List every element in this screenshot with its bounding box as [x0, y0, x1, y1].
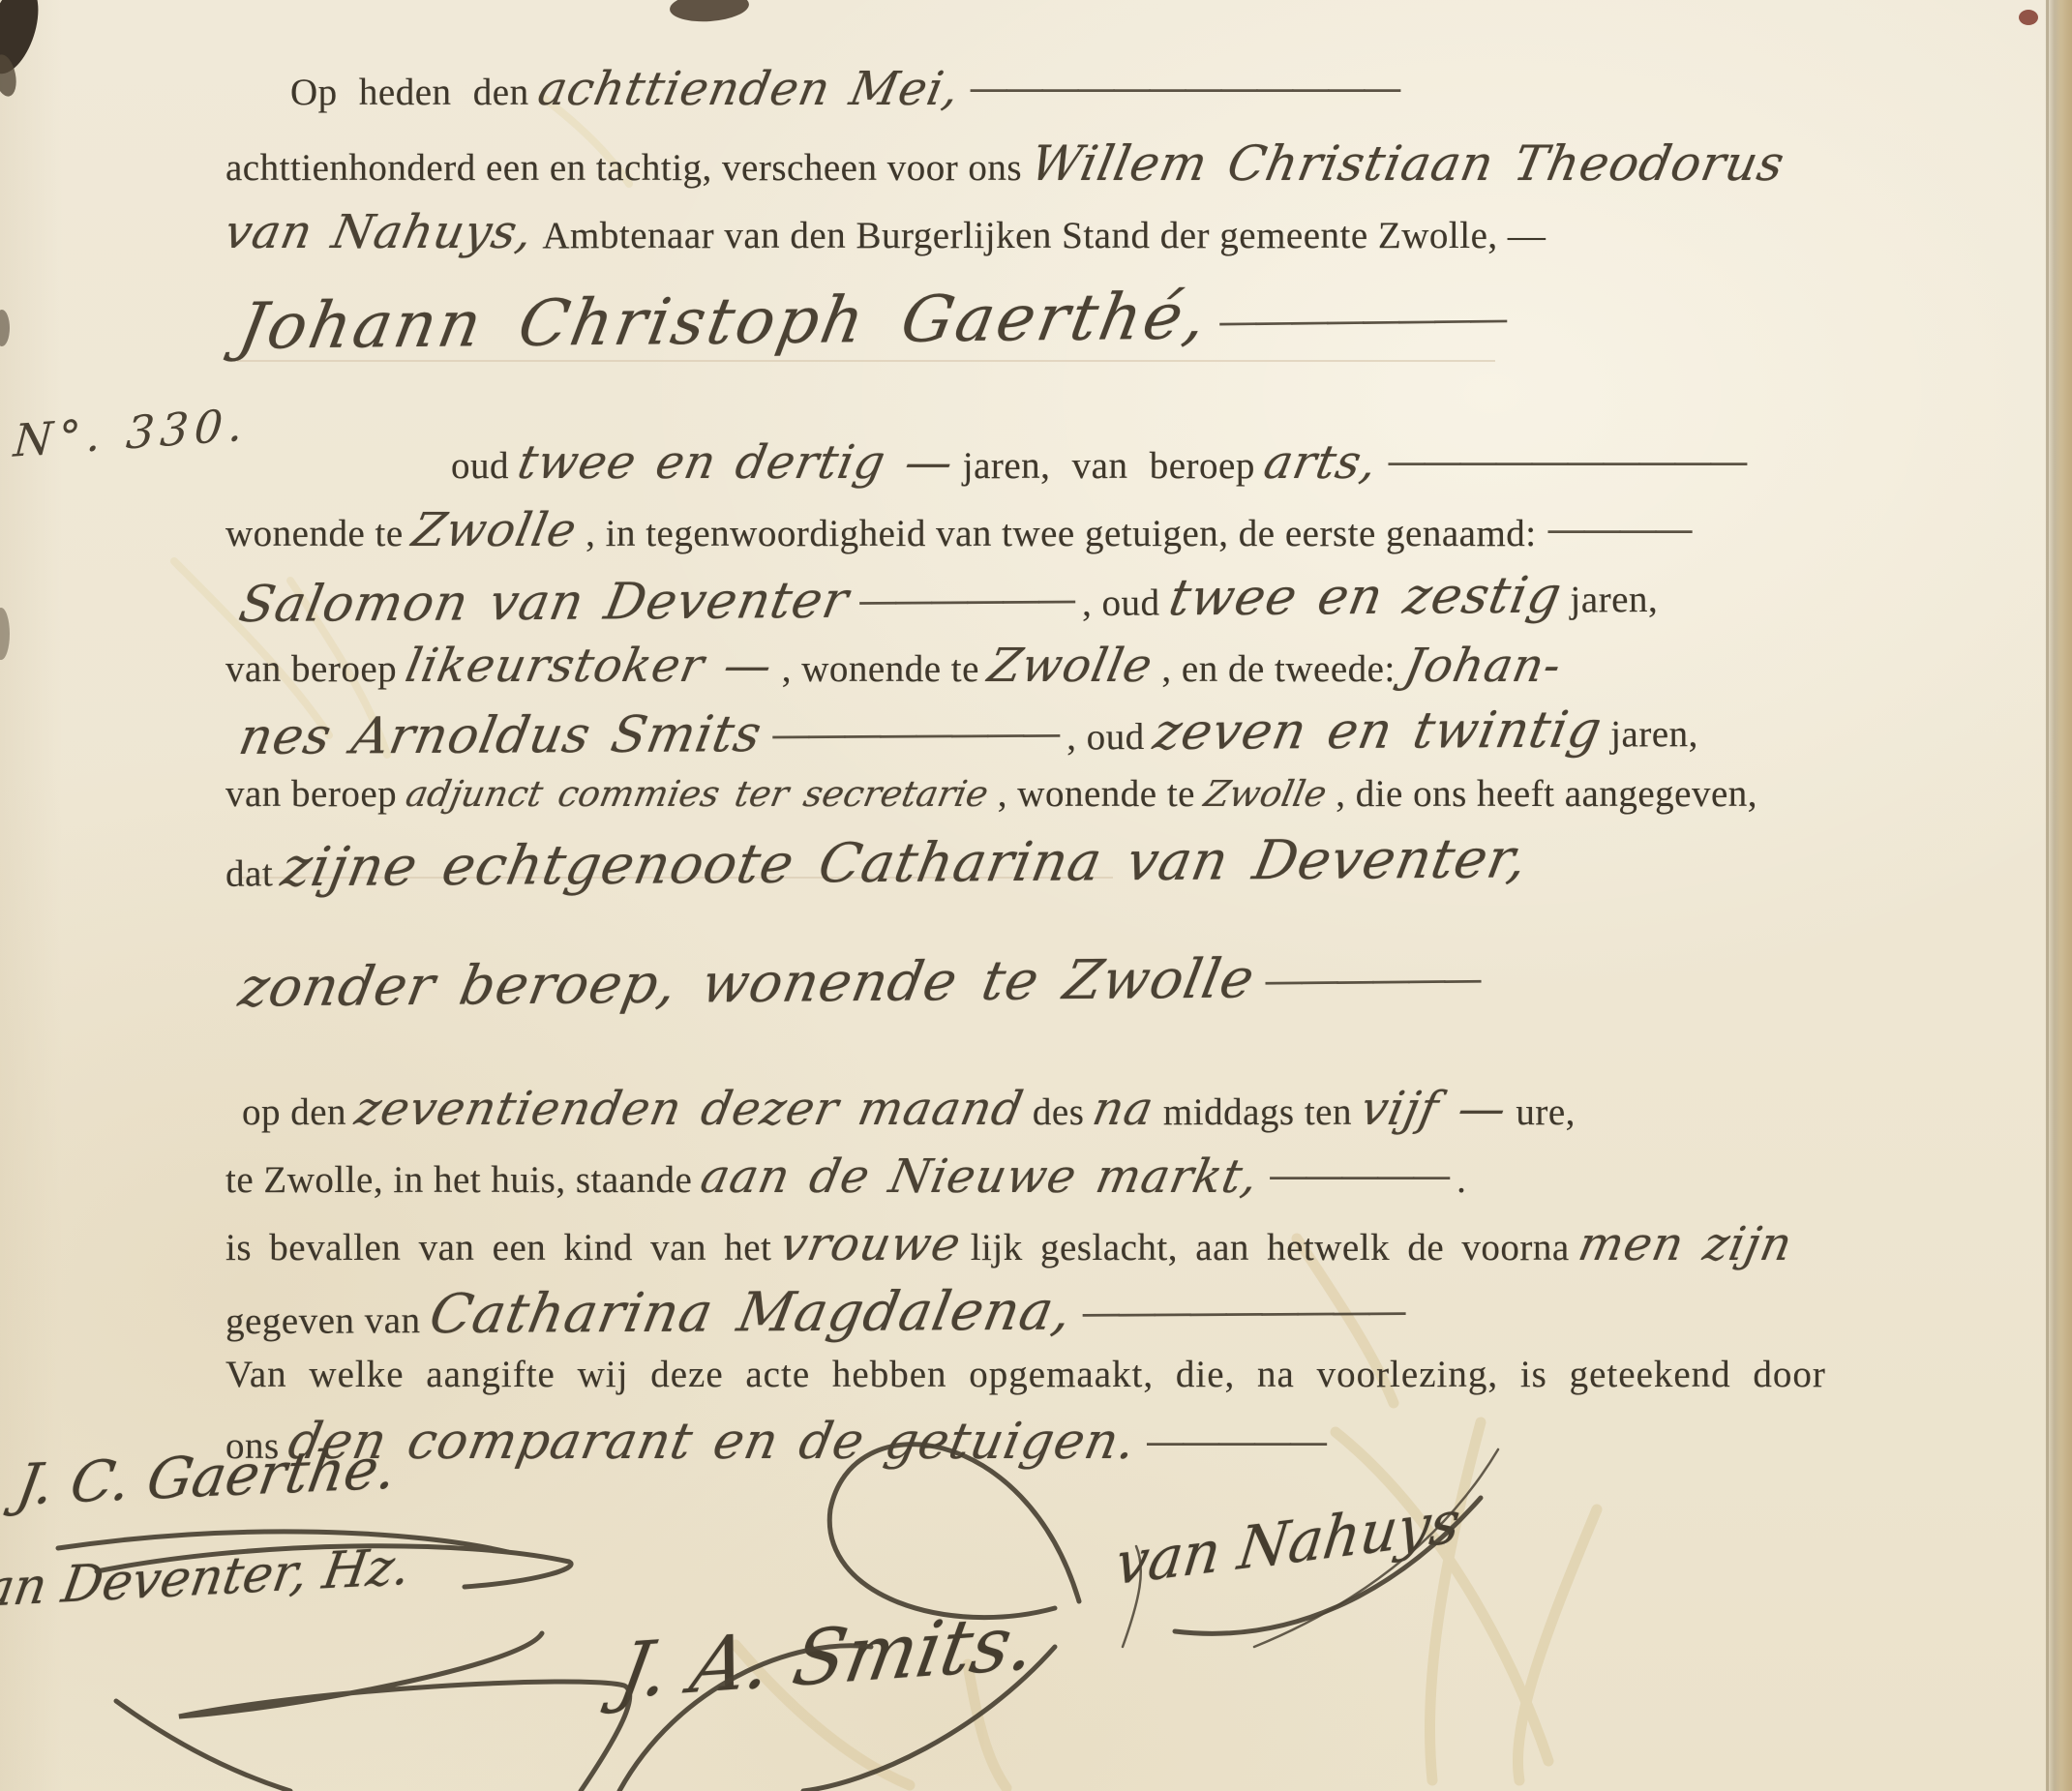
- handwritten-text: adjunct commies ter secretarie: [403, 773, 992, 815]
- document-line-10: van beroepadjunct commies ter secretarie…: [225, 772, 1757, 816]
- filler-stroke: —————————: [1081, 1287, 1403, 1336]
- printed-text: , in tegenwoordigheid van twee getuigen,…: [586, 512, 1537, 555]
- printed-text: dat: [225, 851, 273, 895]
- signature-gaerthe: J. C. Gaerthe.: [12, 1435, 401, 1518]
- printed-text: achttienhonderd een en tachtig, verschee…: [225, 146, 1022, 190]
- signature-nahuys: van Nahuys: [1112, 1487, 1464, 1598]
- document-line-8: van beroeplikeurstoker —, wonende teZwol…: [225, 639, 1561, 693]
- handwritten-text: Johann Christoph Gaerthé,: [233, 279, 1215, 364]
- printed-text: middags ten: [1163, 1090, 1352, 1134]
- filler-stroke: ————————————: [969, 64, 1398, 111]
- act-number: N°. 330.: [12, 398, 250, 466]
- binding-edge: [2045, 0, 2072, 1791]
- printed-text: op den: [242, 1090, 346, 1134]
- printed-text: .: [1456, 1158, 1466, 1202]
- document-line-13: op denzeventienden dezer maanddesnamidda…: [242, 1082, 1576, 1136]
- handwritten-text: Salomon van Deventer: [234, 572, 853, 634]
- printed-text: jaren,: [1610, 712, 1698, 756]
- handwritten-text: twee en zestig: [1164, 567, 1566, 628]
- filler-stroke: —————: [1145, 1418, 1324, 1465]
- document-line-4: Johann Christoph Gaerthé,————————: [240, 276, 1505, 364]
- document-line-2: achttienhonderd een en tachtig, verschee…: [225, 135, 1784, 192]
- printed-text: jaren, van beroep: [963, 444, 1255, 488]
- handwritten-text: vijf —: [1357, 1082, 1512, 1136]
- filler-stroke: —————: [1268, 1151, 1447, 1199]
- handwritten-text: zeventienden dezer maand: [351, 1082, 1029, 1136]
- handwritten-text: Zwolle: [1201, 773, 1331, 815]
- document-line-6: wonende teZwolle, in tegenwoordigheid va…: [225, 503, 1689, 557]
- printed-text: , oud: [1082, 581, 1160, 625]
- document-line-7: Salomon van Deventer——————, oudtwee en z…: [240, 566, 1659, 634]
- printed-text: ure,: [1516, 1090, 1576, 1134]
- handwritten-text: likeurstoker —: [402, 639, 777, 693]
- document-line-1: Op heden denachttienden Mei,————————————: [290, 62, 1397, 116]
- printed-text: , wonende te: [998, 772, 1195, 816]
- handwritten-text: arts,: [1259, 435, 1382, 490]
- handwritten-text: twee en dertig —: [514, 435, 959, 490]
- filler-stroke: ——————: [1263, 954, 1478, 1003]
- handwritten-text: achttienden Mei,: [533, 62, 964, 116]
- handwritten-text: zonder beroep, wonende te Zwolle: [234, 947, 1260, 1019]
- printed-text: wonende te: [225, 512, 404, 555]
- document-line-16: gegeven vanCatharina Magdalena,—————————: [225, 1278, 1403, 1347]
- printed-text: is bevallen van een kind van het: [225, 1226, 771, 1269]
- ink-speck: [0, 608, 10, 660]
- filler-stroke: ————————: [1217, 294, 1504, 344]
- scanned-document-page: N°. 330. Op heden denachttienden Mei,———…: [0, 0, 2072, 1791]
- ink-speck: [0, 310, 10, 346]
- printed-text: oud: [451, 444, 509, 488]
- signature-van-deventer: van Deventer, Hz.: [0, 1537, 414, 1620]
- handwritten-text: den comparant en de getuigen.: [284, 1413, 1141, 1471]
- printed-text: te Zwolle, in het huis, staande: [225, 1158, 692, 1202]
- handwritten-text: zeven en twintig: [1149, 701, 1607, 761]
- printed-text: van beroep: [225, 772, 397, 816]
- handwritten-text: zijne echtgenoote Catharina van Deventer…: [277, 827, 1533, 899]
- printed-text: van beroep: [225, 647, 397, 691]
- handwritten-text: vrouwe: [776, 1217, 966, 1271]
- document-line-17: Van welke aangifte wij deze acte hebben …: [225, 1353, 1826, 1396]
- handwritten-text: Catharina Magdalena,: [424, 1280, 1077, 1347]
- printed-text: Op heden den: [290, 71, 529, 114]
- handwritten-text: men zijn: [1574, 1217, 1796, 1271]
- document-line-5: oudtwee en dertig —jaren, van beroeparts…: [451, 435, 1744, 490]
- printed-text: Ambtenaar van den Burgerlijken Stand der…: [542, 214, 1546, 257]
- ink-speck: [669, 0, 750, 24]
- printed-text: , en de tweede:: [1161, 647, 1395, 691]
- printed-text: gegeven van: [225, 1298, 421, 1343]
- handwritten-text: Johan-: [1399, 639, 1566, 693]
- printed-text: , wonende te: [782, 647, 979, 691]
- document-line-15: is bevallen van een kind van hetvrouweli…: [225, 1217, 1791, 1271]
- ink-speck: [2019, 10, 2038, 25]
- filler-stroke: ————: [1546, 505, 1690, 552]
- handwritten-text: nes Arnoldus Smits: [234, 705, 766, 766]
- printed-text: Van welke aangifte wij deze acte hebben …: [225, 1353, 1826, 1396]
- printed-text: , oud: [1066, 715, 1145, 759]
- printed-text: lijk geslacht, aan hetwelk de voorna: [971, 1226, 1570, 1269]
- handwritten-text: van Nahuys,: [221, 205, 538, 259]
- printed-text: jaren,: [1570, 578, 1658, 622]
- filler-stroke: ————————: [770, 709, 1057, 759]
- filler-stroke: ——————: [857, 575, 1072, 624]
- handwritten-text: Zwolle: [407, 503, 581, 557]
- handwritten-text: na: [1089, 1082, 1158, 1136]
- handwritten-text: aan de Nieuwe markt,: [697, 1149, 1264, 1204]
- printed-text: , die ons heeft aangegeven,: [1336, 772, 1757, 816]
- handwritten-text: Willem Christiaan Theodorus: [1026, 135, 1789, 192]
- handwritten-text: Zwolle: [983, 639, 1156, 693]
- document-line-9: nes Arnoldus Smits————————, oudzeven en …: [240, 701, 1698, 766]
- document-line-11: datzijne echtgenoote Catharina van Deven…: [225, 827, 1527, 899]
- document-line-12: zonder beroep, wonende te Zwolle——————: [240, 945, 1479, 1019]
- document-line-3: van Nahuys,Ambtenaar van den Burgerlijke…: [225, 205, 1546, 259]
- filler-stroke: ——————————: [1387, 437, 1745, 485]
- signature-smits: J. A. Smits.: [612, 1598, 1041, 1716]
- printed-text: des: [1033, 1090, 1085, 1134]
- document-line-14: te Zwolle, in het huis, staandeaan de Ni…: [225, 1149, 1466, 1204]
